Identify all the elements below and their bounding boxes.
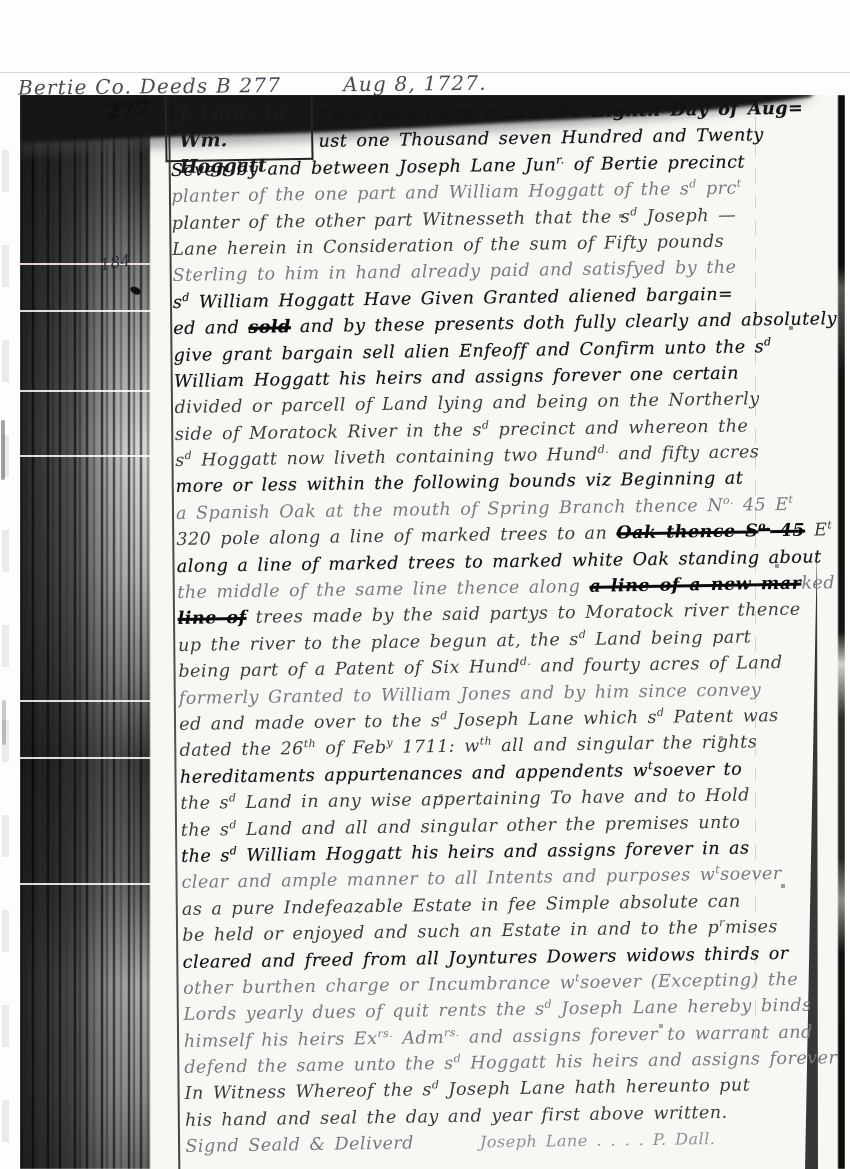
deed-body: This Indenture made the Eighth Day of Au… (170, 95, 845, 1160)
scanner-top-margin (0, 0, 850, 73)
scan-scratch-line (20, 310, 151, 312)
annotation-date: Aug 8, 1727. (343, 71, 487, 97)
scan-edge-mark (2, 700, 6, 745)
closing-signature-fragment: Joseph Lane . . . . P. Dall. (480, 1126, 716, 1156)
closing-attestation: Signd Seald & Deliverd (185, 1131, 414, 1161)
scan-scratch-line (20, 390, 151, 392)
scan-scratch-line (20, 700, 151, 702)
scanned-deed-page: Bertie Co. Deeds B 277Aug 8, 1727. J. (0, 0, 850, 1169)
scan-gutter-shadow (20, 95, 150, 1169)
scan-scratch-line (20, 757, 151, 759)
margin-entry-number: 277 (105, 95, 151, 124)
scan-edge-artifacts (2, 150, 9, 1160)
scan-scratch-line (20, 455, 151, 457)
deed-lines: This Indenture made the Eighth Day of Au… (170, 95, 845, 1134)
scan-edge-mark (1, 420, 5, 480)
scan-specks (20, 95, 22, 97)
scan-scratch-line (20, 883, 151, 885)
document-scan: J. Lane, to Wm. Hoggatt 277 184 This Ind… (20, 95, 845, 1169)
